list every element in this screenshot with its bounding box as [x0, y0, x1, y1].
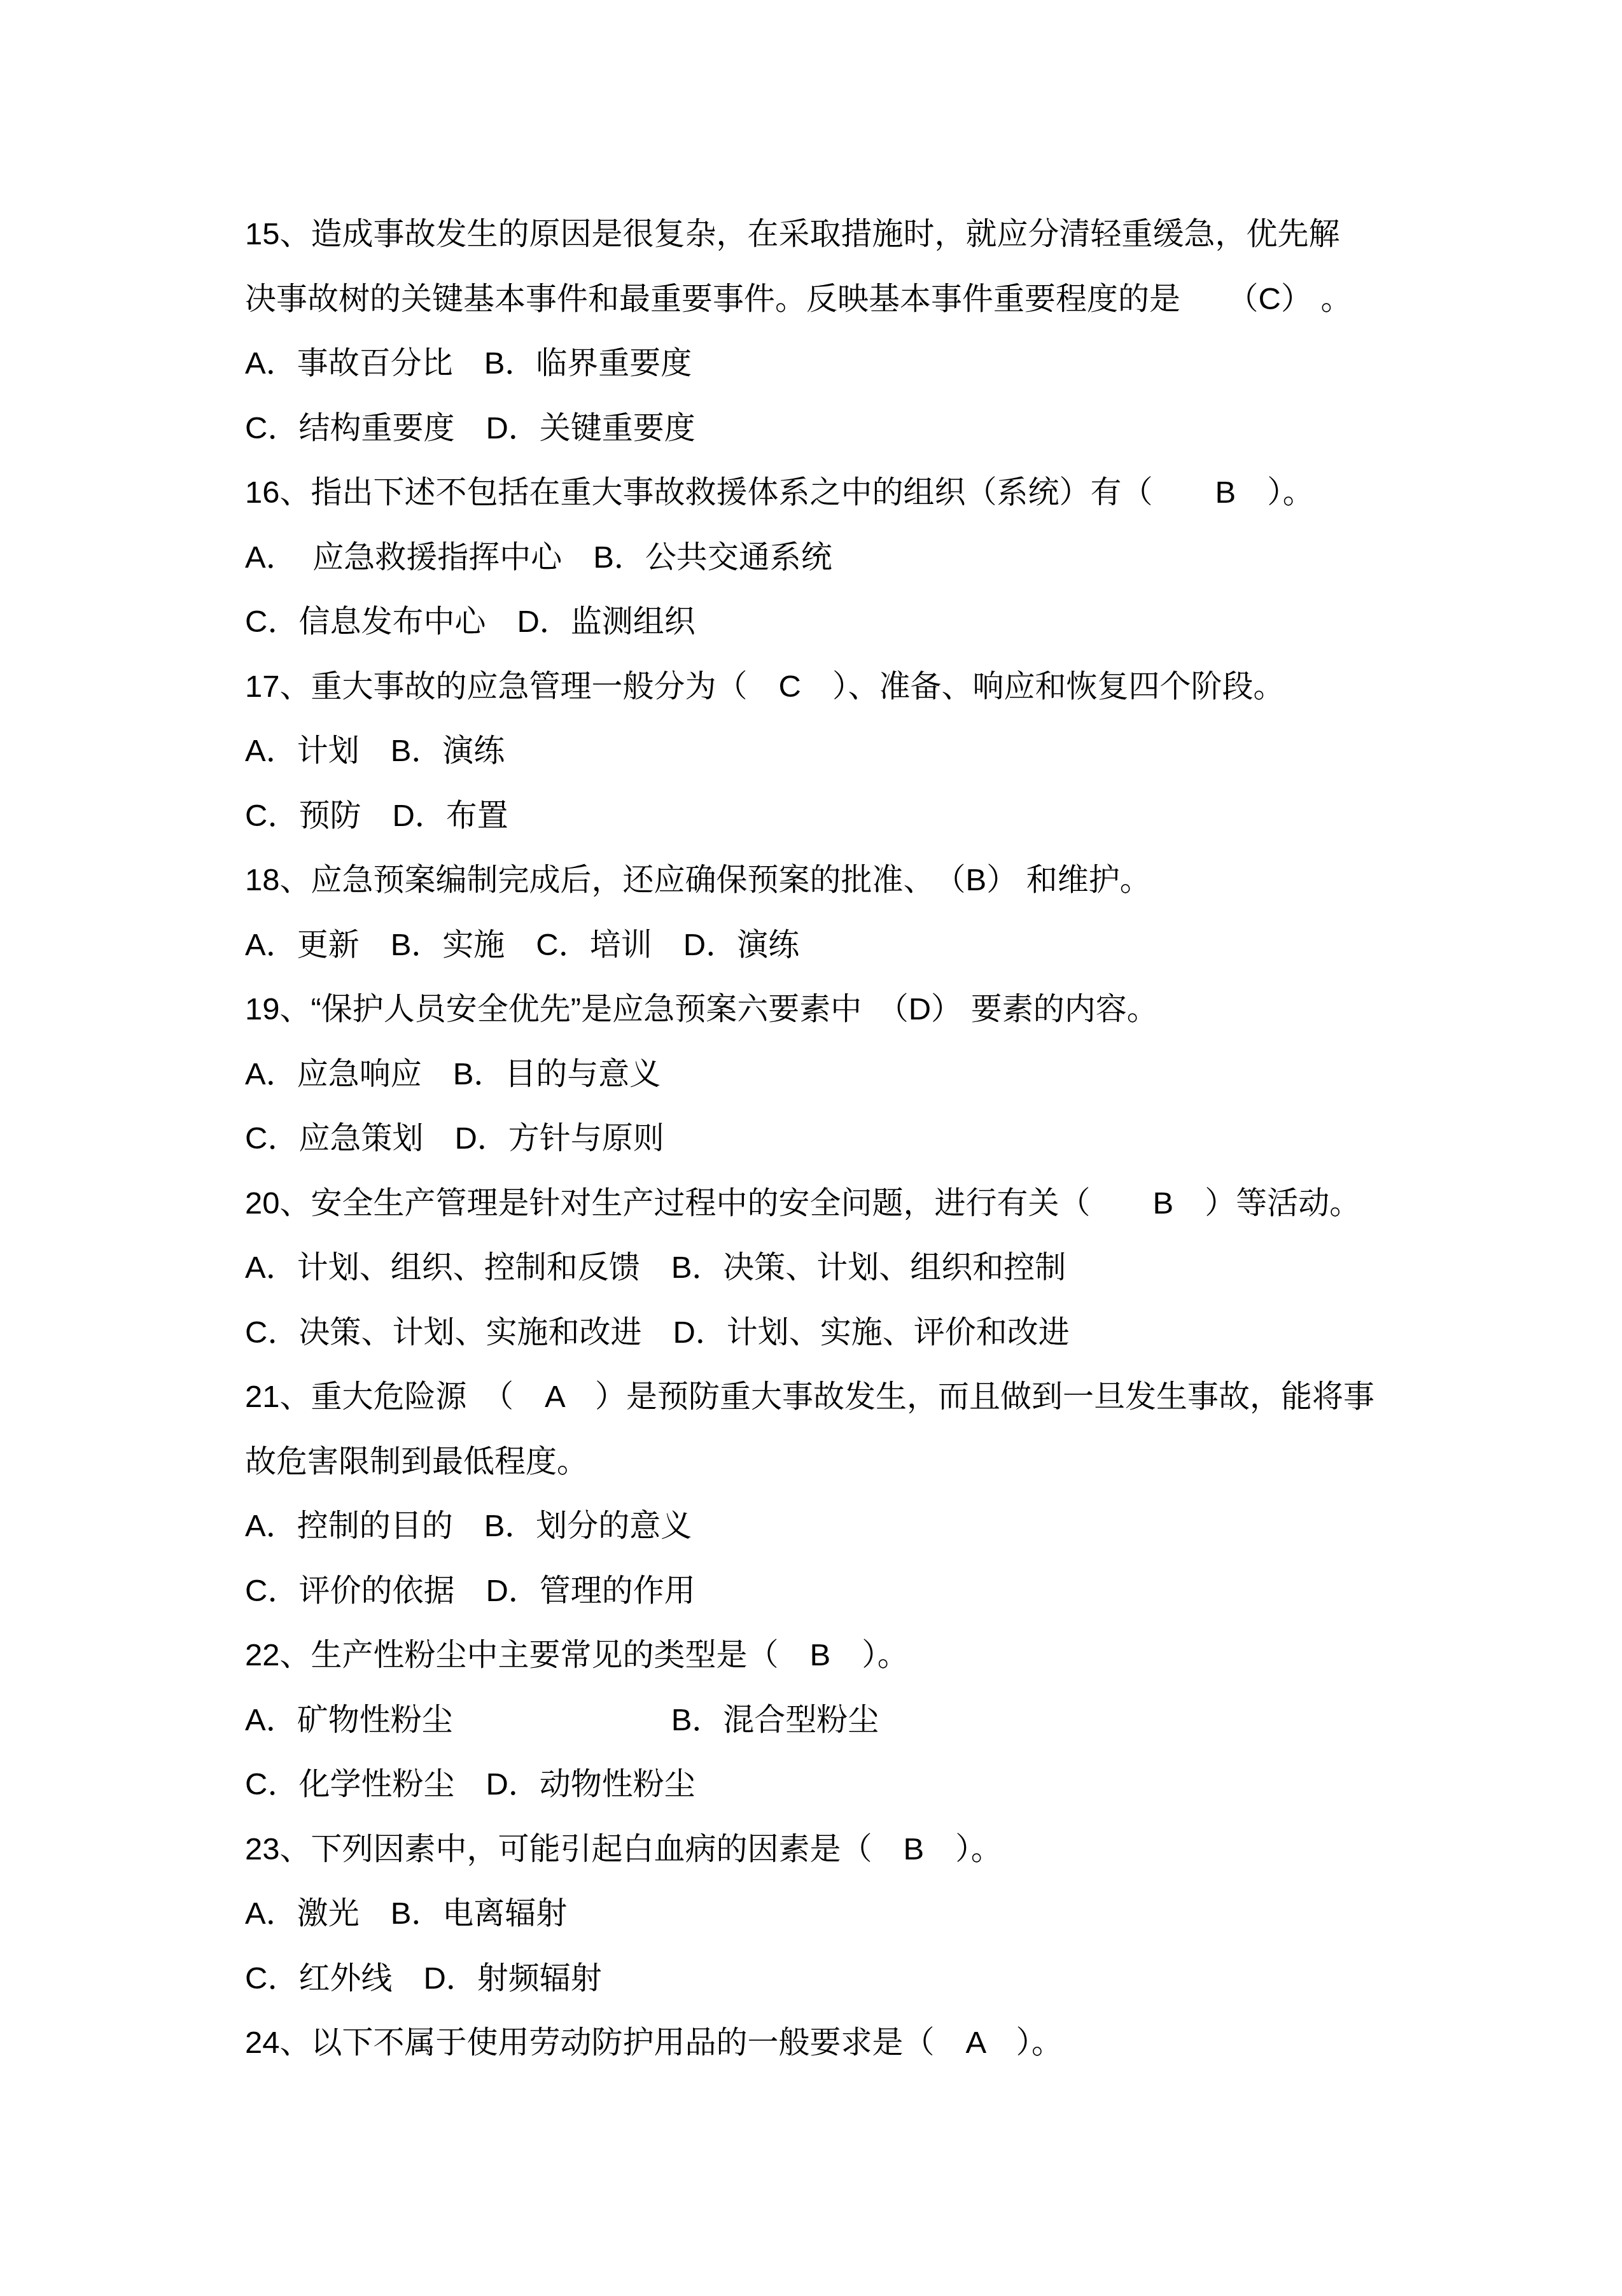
q22-stem: 22、生产性粉尘中主要常见的类型是（ B ）。: [245, 1623, 1390, 1688]
q15-stem-line-1: 15、造成事故发生的原因是很复杂，在采取措施时，就应分清轻重缓急，优先解: [245, 202, 1390, 267]
q17-options-cd: C．预防 D．布置: [245, 784, 1390, 849]
document-page: 15、造成事故发生的原因是很复杂，在采取措施时，就应分清轻重缓急，优先解 决事故…: [0, 0, 1622, 2296]
q22-options-ab: A．矿物性粉尘 B．混合型粉尘: [245, 1688, 1390, 1753]
q18-stem: 18、应急预案编制完成后，还应确保预案的批准、 （B） 和维护。: [245, 848, 1390, 913]
q19-options-cd: C．应急策划 D．方针与原则: [245, 1107, 1390, 1172]
q16-options-ab: A． 应急救援指挥中心 B．公共交通系统: [245, 526, 1390, 591]
q15-stem-line-2: 决事故树的关键基本事件和最重要事件。反映基本事件重要程度的是 （C） 。: [245, 267, 1390, 332]
q21-options-ab: A．控制的目的 B．划分的意义: [245, 1494, 1390, 1559]
q19-options-ab: A．应急响应 B．目的与意义: [245, 1042, 1390, 1107]
q21-stem-line-1: 21、重大危险源 （ A ）是预防重大事故发生，而且做到一旦发生事故，能将事: [245, 1365, 1390, 1430]
q19-stem: 19、“保护人员安全优先”是应急预案六要素中 （D） 要素的内容。: [245, 977, 1390, 1042]
q21-options-cd: C．评价的依据 D．管理的作用: [245, 1559, 1390, 1624]
q17-options-ab: A．计划 B．演练: [245, 719, 1390, 784]
q20-options-ab: A．计划、组织、控制和反馈 B．决策、计划、组织和控制: [245, 1236, 1390, 1301]
q22-options-cd: C．化学性粉尘 D．动物性粉尘: [245, 1753, 1390, 1817]
q18-options-abcd: A．更新 B．实施 C．培训 D．演练: [245, 913, 1390, 978]
q23-options-ab: A．激光 B．电离辐射: [245, 1882, 1390, 1947]
q20-stem: 20、安全生产管理是针对生产过程中的安全问题，进行有关（ B ）等活动。: [245, 1172, 1390, 1236]
q23-stem: 23、下列因素中，可能引起白血病的因素是（ B ）。: [245, 1817, 1390, 1882]
q15-options-ab: A．事故百分比 B．临界重要度: [245, 332, 1390, 396]
q24-stem: 24、以下不属于使用劳动防护用品的一般要求是（ A ）。: [245, 2011, 1390, 2076]
q15-options-cd: C．结构重要度 D．关键重要度: [245, 396, 1390, 461]
q20-options-cd: C．决策、计划、实施和改进 D．计划、实施、评价和改进: [245, 1301, 1390, 1366]
q23-options-cd: C．红外线 D．射频辐射: [245, 1947, 1390, 2012]
q16-options-cd: C．信息发布中心 D．监测组织: [245, 590, 1390, 655]
q21-stem-line-2: 故危害限制到最低程度。: [245, 1430, 1390, 1495]
q17-stem: 17、重大事故的应急管理一般分为（ C ）、准备、响应和恢复四个阶段。: [245, 655, 1390, 720]
exam-text-block: 15、造成事故发生的原因是很复杂，在采取措施时，就应分清轻重缓急，优先解 决事故…: [245, 202, 1390, 2076]
q16-stem: 16、指出下述不包括在重大事故救援体系之中的组织（系统）有（ B ）。: [245, 461, 1390, 526]
